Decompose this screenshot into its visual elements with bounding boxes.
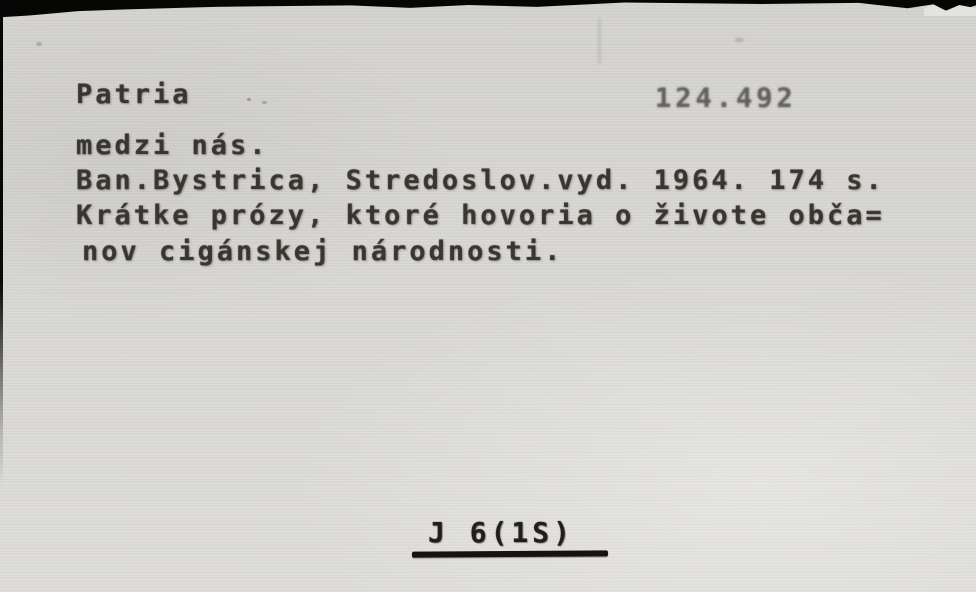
ink-smudge — [247, 98, 251, 101]
card-title-continuation: medzi nás. — [76, 131, 269, 161]
ink-smudge — [735, 38, 744, 42]
ink-smudge — [598, 18, 601, 64]
card-shelf-mark: J 6(1S) — [428, 516, 574, 549]
catalog-card-scan: Patria 124.492 medzi nás. Ban.Bystrica, … — [0, 0, 976, 592]
ink-smudge — [262, 101, 267, 104]
card-imprint-line: Ban.Bystrica, Stredoslov.vyd. 1964. 174 … — [76, 166, 885, 196]
card-note-line-1: Krátke prózy, ktoré hovoria o živote obč… — [76, 201, 885, 231]
card-call-number: 124.492 — [655, 84, 797, 114]
ink-smudge — [36, 42, 42, 46]
card-title-word: Patria — [76, 80, 192, 110]
shelf-mark-underline — [412, 550, 608, 557]
scan-edge-top — [0, 0, 976, 18]
scan-edge-left — [0, 0, 3, 488]
card-note-line-2: nov cigánskej národnosti. — [82, 237, 563, 267]
